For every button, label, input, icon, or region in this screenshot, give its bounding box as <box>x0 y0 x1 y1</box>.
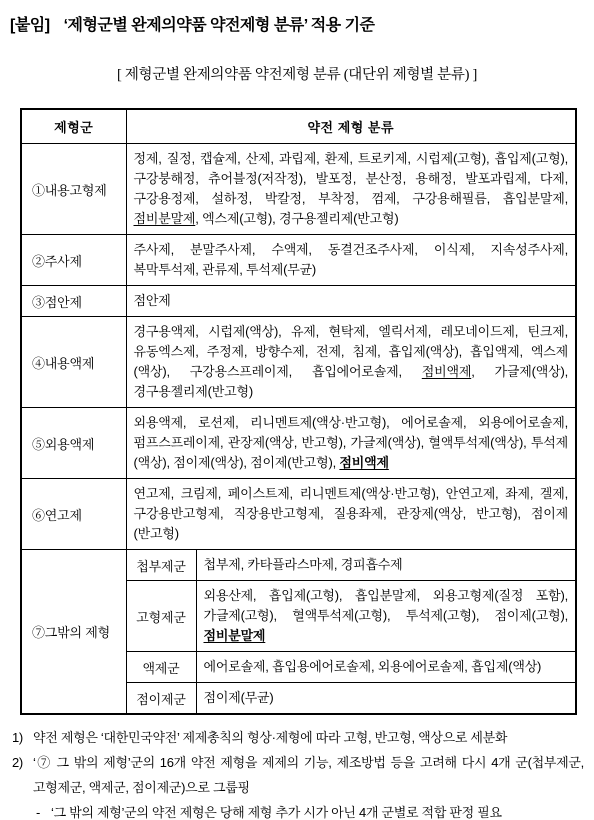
highlighted-form: 점비액제 <box>422 364 471 379</box>
footnote-marker: 1) <box>12 725 33 750</box>
pharmacopoeia-forms-cell: 첩부제, 카타플라스마제, 경피흡수제 <box>196 550 576 581</box>
document-page: [붙임]‘제형군별 완제의약품 약전제형 분류’ 적용 기준 [ 제형군별 완제… <box>0 0 594 820</box>
table-caption: [ 제형군별 완제의약품 약전제형 분류 (대단위 제형별 분류) ] <box>8 63 586 84</box>
footnote-1: 1) 약전 제형은 ‘대한민국약전’ 제제총칙의 형상·제형에 따라 고형, 반… <box>12 725 584 750</box>
column-header-dosage-group: 제형군 <box>21 109 126 144</box>
pharmacopoeia-forms-cell: 에어로솔제, 흡입용에어로솔제, 외용에어로솔제, 흡입제(액상) <box>196 652 576 683</box>
highlighted-form: 점비분말제 <box>204 628 266 643</box>
subgroup-label: 고형제군 <box>126 581 196 652</box>
pharmacopoeia-forms-cell: 외용산제, 흡입제(고형), 흡입분말제, 외용고형제(질정 포함), 가글제(… <box>196 581 576 652</box>
form-text: 외용산제, 흡입제(고형), 흡입분말제, 외용고형제(질정 포함), 가글제(… <box>204 588 569 623</box>
table-row: ⑥연고제연고제, 크림제, 페이스트제, 리니멘트제(액상·반고형), 안연고제… <box>21 479 576 550</box>
form-text: 연고제, 크림제, 페이스트제, 리니멘트제(액상·반고형), 안연고제, 좌제… <box>134 486 569 541</box>
highlighted-form: 점비분말제 <box>134 211 196 226</box>
dosage-group-label: ③점안제 <box>21 286 126 317</box>
table-row: ②주사제주사제, 분말주사제, 수액제, 동결건조주사제, 이식제, 지속성주사… <box>21 235 576 286</box>
column-header-classification: 약전 제형 분류 <box>126 109 576 144</box>
highlighted-form: 점비액제 <box>339 455 388 470</box>
pharmacopoeia-forms-cell: 연고제, 크림제, 페이스트제, 리니멘트제(액상·반고형), 안연고제, 좌제… <box>126 479 576 550</box>
footnote-marker: 2) <box>12 750 33 800</box>
dosage-group-label: ②주사제 <box>21 235 126 286</box>
form-text: , 엑스제(고형), 경구용젤리제(반고형) <box>195 211 398 226</box>
table-row: ③점안제점안제 <box>21 286 576 317</box>
footnote-2: 2) ‘⑦ 그 밖의 제형’군의 16개 약전 제형을 제제의 기능, 제조방법… <box>12 750 584 800</box>
dosage-group-label: ⑥연고제 <box>21 479 126 550</box>
form-text: 점안제 <box>134 293 171 308</box>
footnotes: 1) 약전 제형은 ‘대한민국약전’ 제제총칙의 형상·제형에 따라 고형, 반… <box>12 725 584 820</box>
form-text: 첩부제, 카타플라스마제, 경피흡수제 <box>204 557 403 572</box>
dosage-group-label: ①내용고형제 <box>21 144 126 235</box>
pharmacopoeia-forms-cell: 정제, 질정, 캡슐제, 산제, 과립제, 환제, 트로키제, 시럽제(고형),… <box>126 144 576 235</box>
footnote-text: ‘그 밖의 제형’군의 약전 제형은 당해 제형 추가 시가 아닌 4개 군별로… <box>51 800 584 820</box>
dosage-group-label: ⑤외용액제 <box>21 408 126 479</box>
subgroup-label: 첩부제군 <box>126 550 196 581</box>
form-text: 점이제(무균) <box>204 690 274 705</box>
form-text: 정제, 질정, 캡슐제, 산제, 과립제, 환제, 트로키제, 시럽제(고형),… <box>134 151 569 206</box>
pharmacopoeia-forms-cell: 주사제, 분말주사제, 수액제, 동결건조주사제, 이식제, 지속성주사제, 복… <box>126 235 576 286</box>
form-text: 에어로솔제, 흡입용에어로솔제, 외용에어로솔제, 흡입제(액상) <box>204 659 542 674</box>
footnote-text: ‘⑦ 그 밖의 제형’군의 16개 약전 제형을 제제의 기능, 제조방법 등을… <box>33 750 584 800</box>
table-row: ⑦그밖의 제형첩부제군첩부제, 카타플라스마제, 경피흡수제 <box>21 550 576 581</box>
table-row: ④내용액제경구용액제, 시럽제(액상), 유제, 현탁제, 엘릭서제, 레모네이… <box>21 317 576 408</box>
dosage-group-label: ⑦그밖의 제형 <box>21 550 126 715</box>
attachment-tag: [붙임] <box>10 17 50 34</box>
pharmacopoeia-forms-cell: 경구용액제, 시럽제(액상), 유제, 현탁제, 엘릭서제, 레모네이드제, 틴… <box>126 317 576 408</box>
classification-table: 제형군 약전 제형 분류 ①내용고형제정제, 질정, 캡슐제, 산제, 과립제,… <box>20 108 577 715</box>
dosage-group-label: ④내용액제 <box>21 317 126 408</box>
page-title: [붙임]‘제형군별 완제의약품 약전제형 분류’ 적용 기준 <box>10 12 586 35</box>
subgroup-label: 액제군 <box>126 652 196 683</box>
pharmacopoeia-forms-cell: 외용액제, 로션제, 리니멘트제(액상·반고형), 에어로솔제, 외용에어로솔제… <box>126 408 576 479</box>
subgroup-label: 점이제군 <box>126 683 196 715</box>
pharmacopoeia-forms-cell: 점안제 <box>126 286 576 317</box>
footnote-text: 약전 제형은 ‘대한민국약전’ 제제총칙의 형상·제형에 따라 고형, 반고형,… <box>33 725 584 750</box>
form-text: 주사제, 분말주사제, 수액제, 동결건조주사제, 이식제, 지속성주사제, 복… <box>134 242 569 277</box>
table-row: ⑤외용액제외용액제, 로션제, 리니멘트제(액상·반고형), 에어로솔제, 외용… <box>21 408 576 479</box>
table-row: ①내용고형제정제, 질정, 캡슐제, 산제, 과립제, 환제, 트로키제, 시럽… <box>21 144 576 235</box>
footnote-2-sub: - ‘그 밖의 제형’군의 약전 제형은 당해 제형 추가 시가 아닌 4개 군… <box>36 800 584 820</box>
table-header-row: 제형군 약전 제형 분류 <box>21 109 576 144</box>
pharmacopoeia-forms-cell: 점이제(무균) <box>196 683 576 715</box>
footnote-marker: - <box>36 800 51 820</box>
classification-table-body: ①내용고형제정제, 질정, 캡슐제, 산제, 과립제, 환제, 트로키제, 시럽… <box>21 144 576 715</box>
title-text: ‘제형군별 완제의약품 약전제형 분류’ 적용 기준 <box>64 17 375 34</box>
